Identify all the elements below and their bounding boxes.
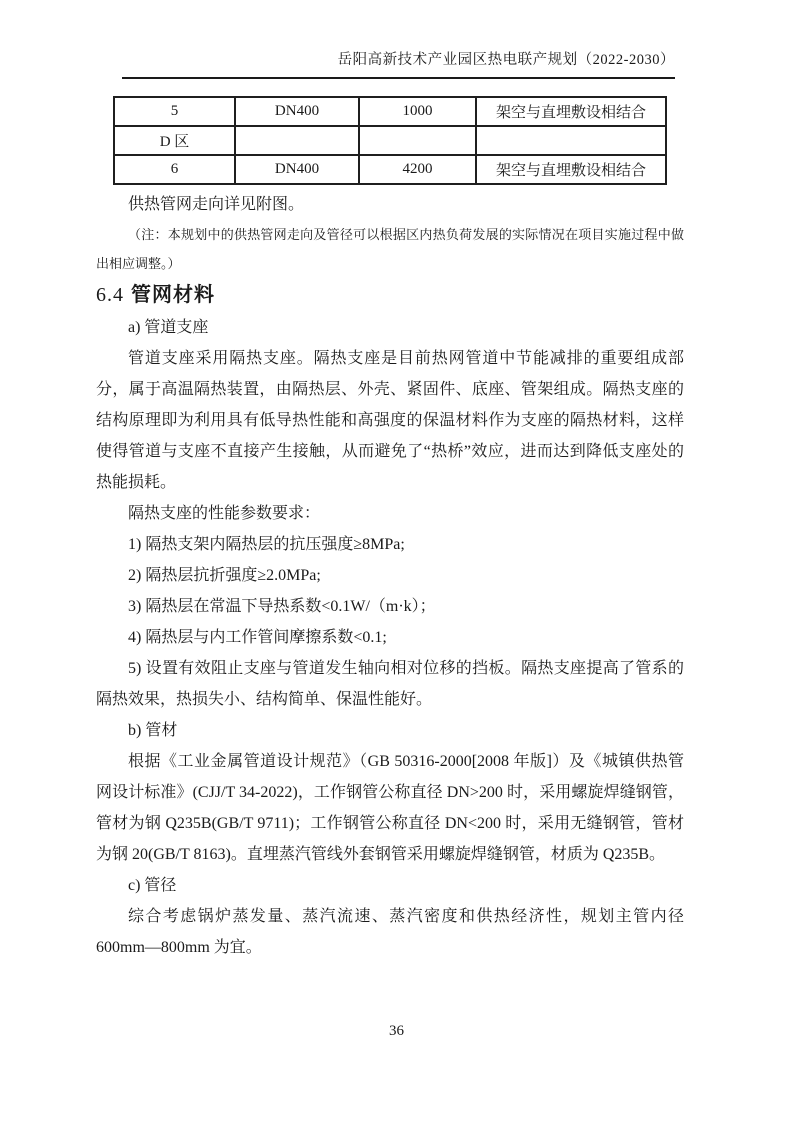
table-cell-diameter (235, 126, 359, 155)
map-reference-line: 供热管网走向详见附图。 (96, 189, 684, 220)
page-number: 36 (389, 1023, 404, 1039)
table-cell-length: 4200 (359, 155, 476, 184)
table-cell-method (476, 126, 666, 155)
requirement-item-3: 3) 隔热层在常温下导热系数<0.1W/（m·k）； (96, 591, 684, 622)
section-heading: 6.4管网材料 (96, 278, 684, 312)
document-page: 岳阳高新技术产业园区热电联产规划（2022-2030） 5 DN400 1000… (0, 0, 793, 1122)
paragraph-pipe-diameter: 综合考虑锅炉蒸发量、蒸汽流速、蒸汽密度和供热经济性，规划主管内径600mm—80… (96, 901, 684, 963)
table-cell-diameter: DN400 (235, 155, 359, 184)
table-cell-diameter: DN400 (235, 97, 359, 126)
paragraph-pipe-material: 根据《工业金属管道设计规范》（GB 50316-2000[2008 年版]）及《… (96, 746, 684, 870)
requirement-item-5: 5) 设置有效阻止支座与管道发生轴向相对位移的挡板。隔热支座提高了管系的隔热效果… (96, 653, 684, 715)
table-cell-method: 架空与直埋敷设相结合 (476, 97, 666, 126)
table-cell-zone: D 区 (114, 126, 235, 155)
table-row: D 区 (114, 126, 666, 155)
section-number: 6.4 (96, 284, 124, 306)
requirements-intro: 隔热支座的性能参数要求： (96, 498, 684, 529)
requirement-item-2: 2) 隔热层抗折强度≥2.0MPa; (96, 560, 684, 591)
table-row: 5 DN400 1000 架空与直埋敷设相结合 (114, 97, 666, 126)
table-cell-length: 1000 (359, 97, 476, 126)
header-title: 岳阳高新技术产业园区热电联产规划（2022-2030） (122, 48, 675, 69)
note-text: （注：本规划中的供热管网走向及管径可以根据区内热负荷发展的实际情况在项目实施过程… (96, 220, 684, 278)
item-a-heading: a) 管道支座 (96, 312, 684, 343)
section-title: 管网材料 (131, 284, 215, 306)
requirement-item-4: 4) 隔热层与内工作管间摩擦系数<0.1; (96, 622, 684, 653)
page-footer: 36 (0, 1023, 793, 1040)
requirement-item-1: 1) 隔热支架内隔热层的抗压强度≥8MPa; (96, 529, 684, 560)
item-b-heading: b) 管材 (96, 715, 684, 746)
pipe-network-table: 5 DN400 1000 架空与直埋敷设相结合 D 区 6 DN400 4200… (113, 96, 667, 185)
table-row: 6 DN400 4200 架空与直埋敷设相结合 (114, 155, 666, 184)
item-c-heading: c) 管径 (96, 870, 684, 901)
paragraph-pipe-support: 管道支座采用隔热支座。隔热支座是目前热网管道中节能减排的重要组成部分，属于高温隔… (96, 343, 684, 498)
table-cell-seq: 6 (114, 155, 235, 184)
header-rule (122, 77, 675, 79)
page-content: 供热管网走向详见附图。 （注：本规划中的供热管网走向及管径可以根据区内热负荷发展… (96, 189, 684, 963)
table-cell-length (359, 126, 476, 155)
table-cell-method: 架空与直埋敷设相结合 (476, 155, 666, 184)
table-cell-seq: 5 (114, 97, 235, 126)
